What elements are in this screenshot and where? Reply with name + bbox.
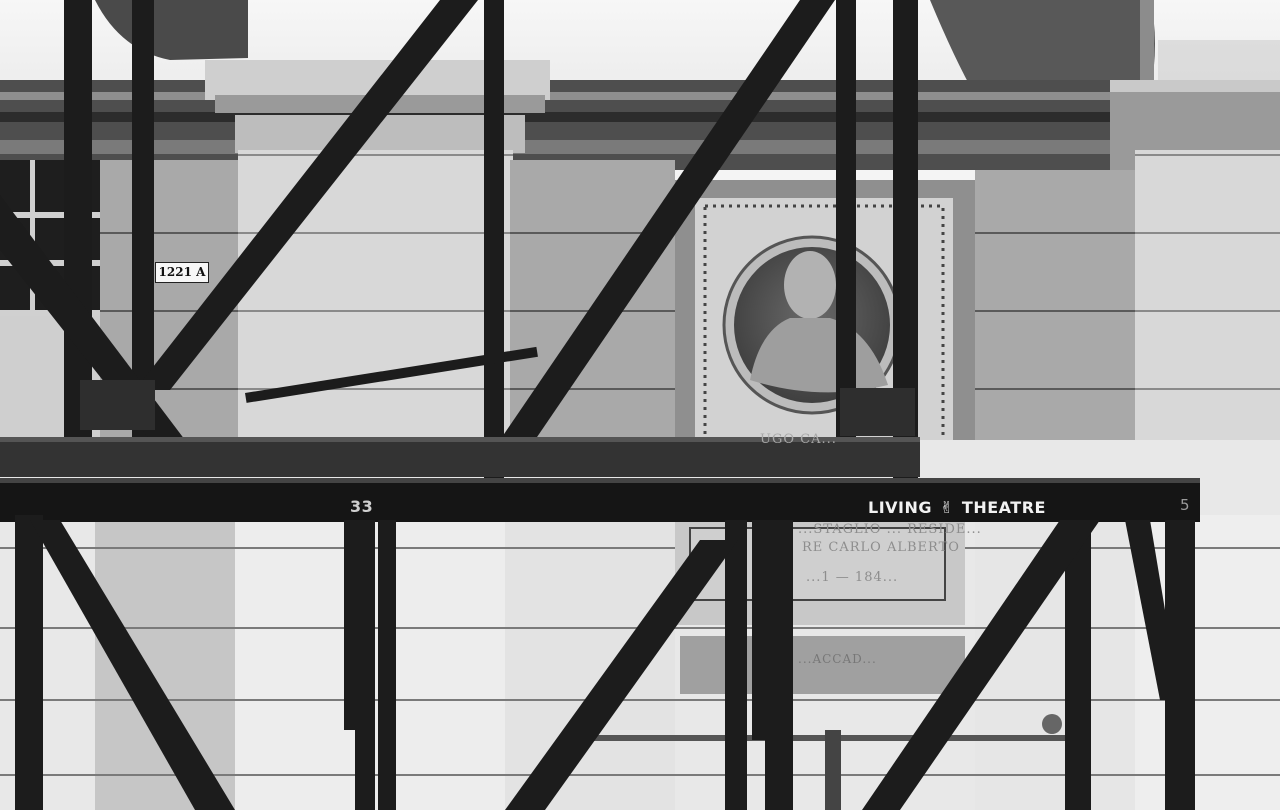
plaque-top-inscription: UGO CA...: [760, 432, 837, 447]
plaque-inscription-line: ...1 — 184...: [806, 570, 898, 585]
stencil-word-theatre: THEATRE: [962, 498, 1046, 517]
photograph: 1221 A UGO CA... ...STAGLIO ... RESIDE..…: [0, 0, 1280, 810]
beam-number-right: 5: [1180, 496, 1190, 514]
beam-number-left: 33: [350, 497, 373, 516]
plaque-inscription-line: RE CARLO ALBERTO: [802, 540, 960, 555]
wall-right: [975, 170, 1135, 450]
pilaster-right: [1135, 150, 1280, 450]
house-number-sign: 1221 A: [155, 262, 209, 283]
plaque-inscription-line: ...STAGLIO ... RESIDE...: [798, 522, 982, 537]
lower-inscription: ...ACCAD...: [798, 652, 877, 666]
pilaster: [238, 150, 513, 450]
scene: [0, 0, 1280, 810]
stencil-word-living: LIVING: [868, 498, 932, 517]
peace-hand-icon: ✌: [940, 498, 954, 517]
portrait-head: [784, 251, 836, 319]
pipe: [575, 735, 1065, 741]
living-theatre-stencil: LIVING✌THEATRE: [868, 498, 1046, 517]
